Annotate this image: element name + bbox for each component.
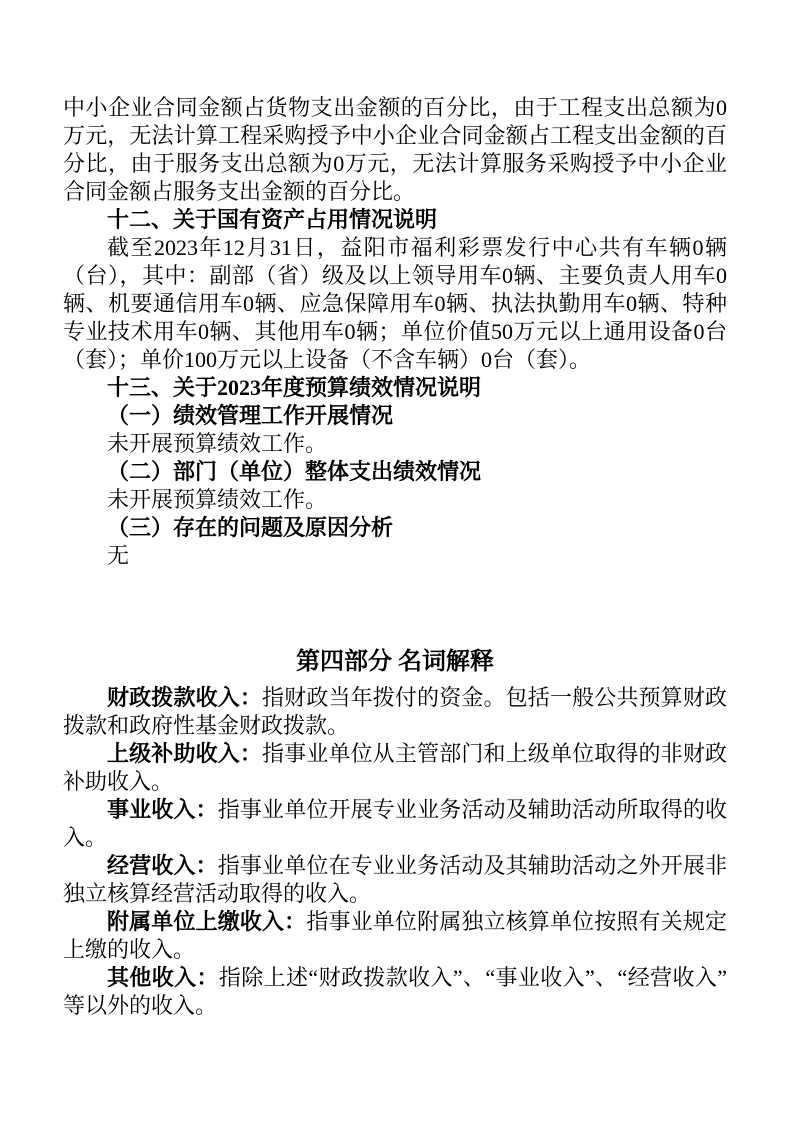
section-13-sub3-heading: （三）存在的问题及原因分析 xyxy=(63,514,727,542)
definition-paragraph: 附属单位上缴收入：指事业单位附属独立核算单位按照有关规定上缴的收入。 xyxy=(63,908,727,964)
definition-term: 附属单位上缴收入： xyxy=(107,909,306,934)
definition-term: 经营收入： xyxy=(107,853,218,878)
definition-paragraph: 财政拨款收入：指财政当年拨付的资金。包括一般公共预算财政拨款和政府性基金财政拨款… xyxy=(63,684,727,740)
definition-term: 财政拨款收入： xyxy=(107,685,262,710)
definition-paragraph: 事业收入：指事业单位开展专业业务活动及辅助活动所取得的收入。 xyxy=(63,796,727,852)
section-13-sub2-heading: （二）部门（单位）整体支出绩效情况 xyxy=(63,458,727,486)
definition-term: 其他收入： xyxy=(107,965,219,990)
section-13-sub1-body: 未开展预算绩效工作。 xyxy=(63,430,727,458)
definition-paragraph: 其他收入：指除上述“财政拨款收入”、“事业收入”、“经营收入”等以外的收入。 xyxy=(63,964,727,1020)
section-13-sub3-body: 无 xyxy=(63,542,727,570)
section-13-sub2-body: 未开展预算绩效工作。 xyxy=(63,486,727,514)
definition-paragraph: 上级补助收入：指事业单位从主管部门和上级单位取得的非财政补助收入。 xyxy=(63,740,727,796)
section-12-body: 截至2023年12月31日，益阳市福利彩票发行中心共有车辆0辆（台），其中：副部… xyxy=(63,234,727,374)
definition-term: 事业收入： xyxy=(107,797,218,822)
part4-title: 第四部分 名词解释 xyxy=(63,646,727,678)
intro-paragraph: 中小企业合同金额占货物支出金额的百分比，由于工程支出总额为0万元，无法计算工程采… xyxy=(63,94,727,206)
document-page: 中小企业合同金额占货物支出金额的百分比，由于工程支出总额为0万元，无法计算工程采… xyxy=(0,0,793,1122)
section-12-heading: 十二、关于国有资产占用情况说明 xyxy=(63,206,727,234)
section-13-sub1-heading: （一）绩效管理工作开展情况 xyxy=(63,402,727,430)
section-13-heading: 十三、关于2023年度预算绩效情况说明 xyxy=(63,374,727,402)
definition-paragraph: 经营收入：指事业单位在专业业务活动及其辅助活动之外开展非独立核算经营活动取得的收… xyxy=(63,852,727,908)
definition-term: 上级补助收入： xyxy=(107,741,262,766)
